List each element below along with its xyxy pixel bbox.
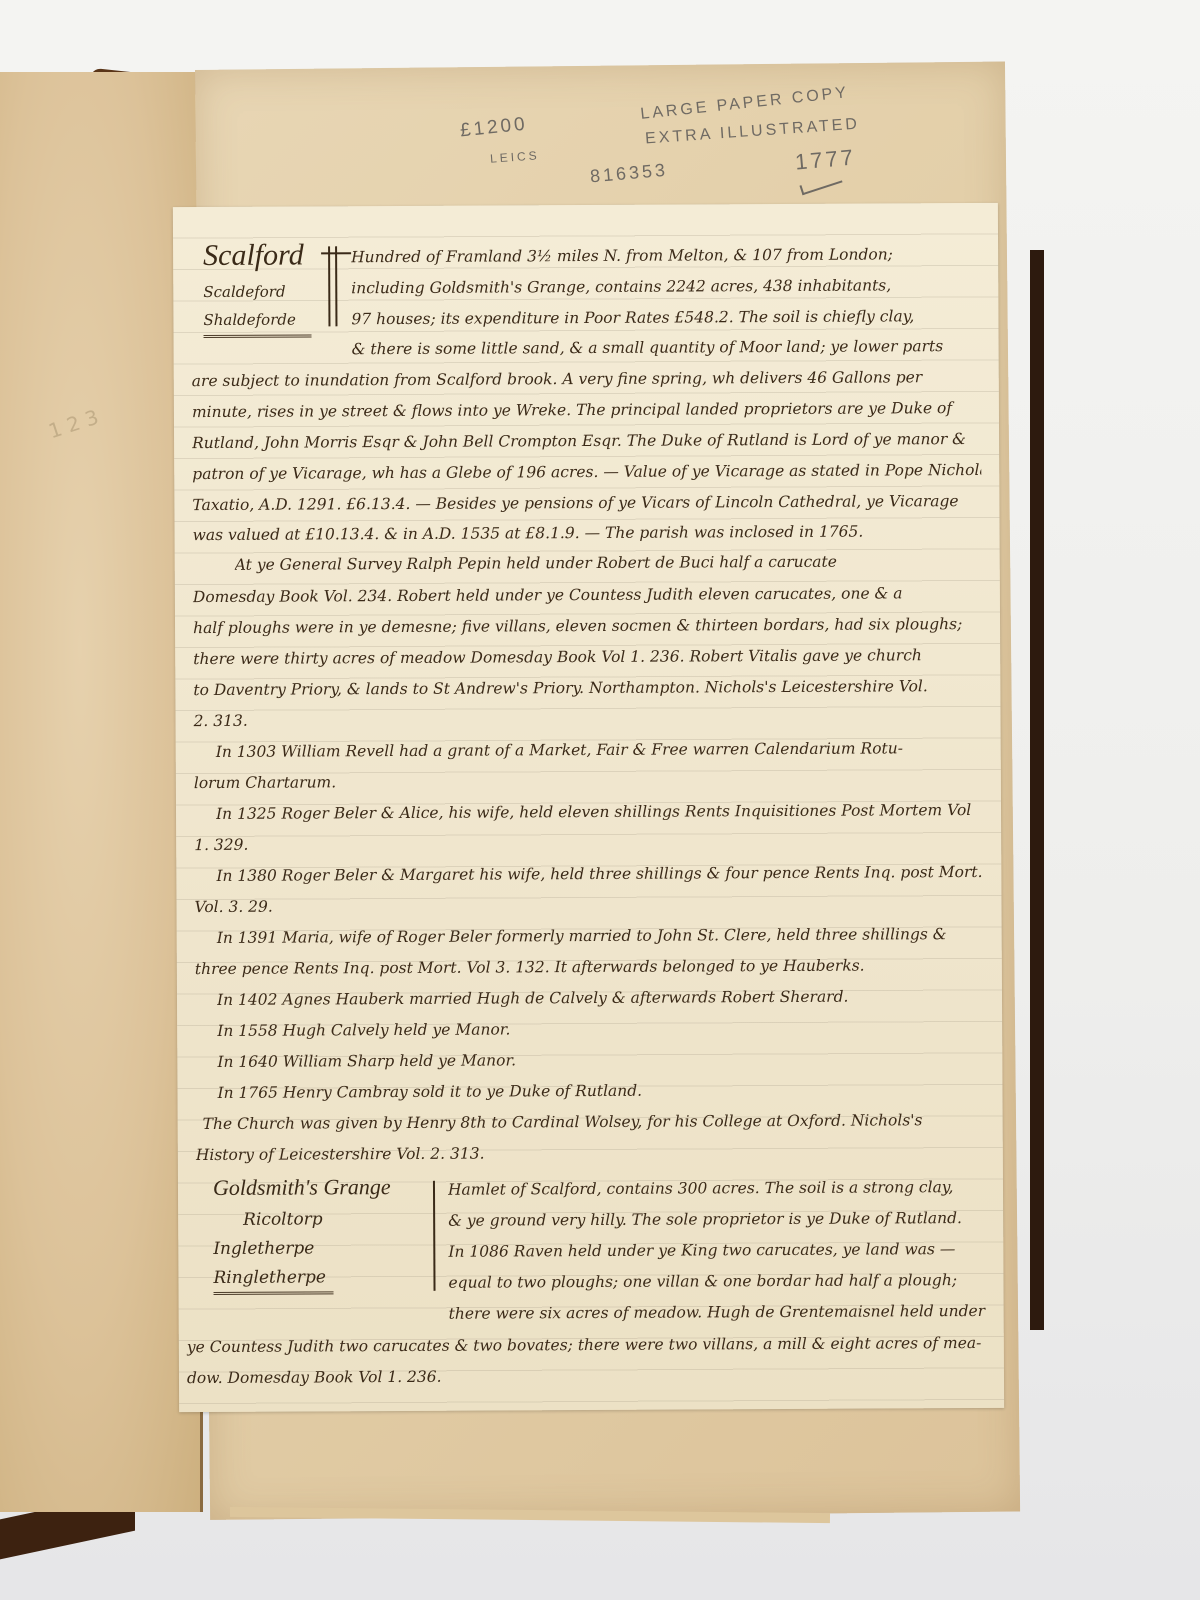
title-block: Scalford Scaldeford Shaldeforde — [203, 238, 334, 338]
pencil-county: LEICS — [490, 148, 541, 165]
header-line: 97 houses; its expenditure in Poor Rates… — [351, 307, 980, 328]
grange-alternate-name: Ricoltorp — [213, 1209, 433, 1230]
body-line: In 1380 Roger Beler & Margaret his wife,… — [216, 862, 983, 886]
title-underline — [204, 334, 312, 338]
body-line: In 1640 William Sharp held ye Manor. — [217, 1048, 984, 1072]
pencil-year: 1777 — [794, 144, 857, 175]
pencil-tick-mark — [799, 173, 842, 195]
body-line: are subject to inundation from Scalford … — [192, 367, 981, 391]
body-line: was valued at £10.13.4. & in A.D. 1535 a… — [193, 521, 982, 545]
body-line: In 1558 Hugh Calvely held ye Manor. — [217, 1017, 984, 1041]
title-divider — [328, 246, 337, 326]
body-line: there were thirty acres of meadow Domesd… — [193, 645, 982, 669]
body-line: Domesday Book Vol. 234. Robert held unde… — [193, 583, 982, 607]
grange-line: there were six acres of meadow. Hugh de … — [449, 1302, 986, 1323]
body-line: At ye General Survey Ralph Pepin held un… — [235, 551, 982, 575]
body-line: Taxatio, A.D. 1291. £6.13.4. — Besides y… — [192, 491, 981, 515]
body-line: In 1325 Roger Beler & Alice, his wife, h… — [216, 800, 983, 824]
header-line: & there is some little sand, & a small q… — [352, 337, 981, 358]
body-line: half ploughs were in ye demesne; five vi… — [193, 614, 982, 638]
body-line: In 1402 Agnes Hauberk married Hugh de Ca… — [217, 986, 984, 1010]
manuscript-sheet: Scalford Scaldeford Shaldeforde Hundred … — [173, 203, 1004, 1412]
alternate-name: Scaldeford — [203, 282, 333, 301]
body-line: In 1765 Henry Cambray sold it to ye Duke… — [217, 1079, 984, 1103]
pencil-price: £1200 — [459, 114, 529, 143]
page-title: Scalford — [203, 238, 333, 273]
grange-line: & ye ground very hilly. The sole proprie… — [448, 1209, 985, 1230]
grange-title-block: Goldsmith's Grange Ricoltorp Ingletherpe… — [213, 1174, 434, 1295]
body-line: 1. 329. — [194, 831, 983, 855]
alternate-name: Shaldeforde — [203, 310, 333, 329]
body-line: History of Leicestershire Vol. 2. 313. — [196, 1141, 985, 1165]
book-cover-edge — [1030, 250, 1044, 1330]
pencil-notes: £1200 LEICS 816353 LARGE PAPER COPY EXTR… — [440, 95, 900, 195]
header-line: including Goldsmith's Grange, contains 2… — [351, 276, 980, 297]
grange-alternate-name: Ringletherpe — [213, 1267, 433, 1288]
body-line: 2. 313. — [193, 707, 982, 731]
body-line: patron of ye Vicarage, wh has a Glebe of… — [192, 460, 981, 484]
body-line: ye Countess Judith two carucates & two b… — [187, 1333, 986, 1357]
body-line: dow. Domesday Book Vol 1. 236. — [187, 1364, 986, 1388]
header-line: Hundred of Framland 3½ miles N. from Mel… — [351, 245, 980, 266]
body-line: to Daventry Priory, & lands to St Andrew… — [193, 676, 982, 700]
body-line: lorum Chartarum. — [194, 769, 983, 793]
body-line: In 1303 William Revell had a grant of a … — [216, 738, 983, 762]
left-page-pencil-mark: 1 2 3 — [46, 405, 102, 444]
body-line: Vol. 3. 29. — [194, 893, 983, 917]
body-line: three pence Rents Inq. post Mort. Vol 3.… — [195, 955, 984, 979]
body-line: In 1391 Maria, wife of Roger Beler forme… — [217, 924, 984, 948]
grange-title: Goldsmith's Grange — [213, 1174, 433, 1201]
body-line: The Church was given by Henry 8th to Car… — [203, 1110, 985, 1134]
body-line: minute, rises in ye street & flows into … — [192, 398, 981, 422]
grange-line: In 1086 Raven held under ye King two car… — [448, 1240, 985, 1261]
pencil-description-2: EXTRA ILLUSTRATED — [645, 116, 861, 149]
grange-underline — [214, 1291, 334, 1295]
pencil-stock-number: 816353 — [589, 160, 669, 188]
grange-line: equal to two ploughs; one villan & one b… — [448, 1271, 985, 1292]
body-line: Rutland, John Morris Esqr & John Bell Cr… — [192, 429, 981, 453]
grange-line: Hamlet of Scalford, contains 300 acres. … — [448, 1178, 985, 1199]
grange-alternate-name: Ingletherpe — [213, 1238, 433, 1259]
